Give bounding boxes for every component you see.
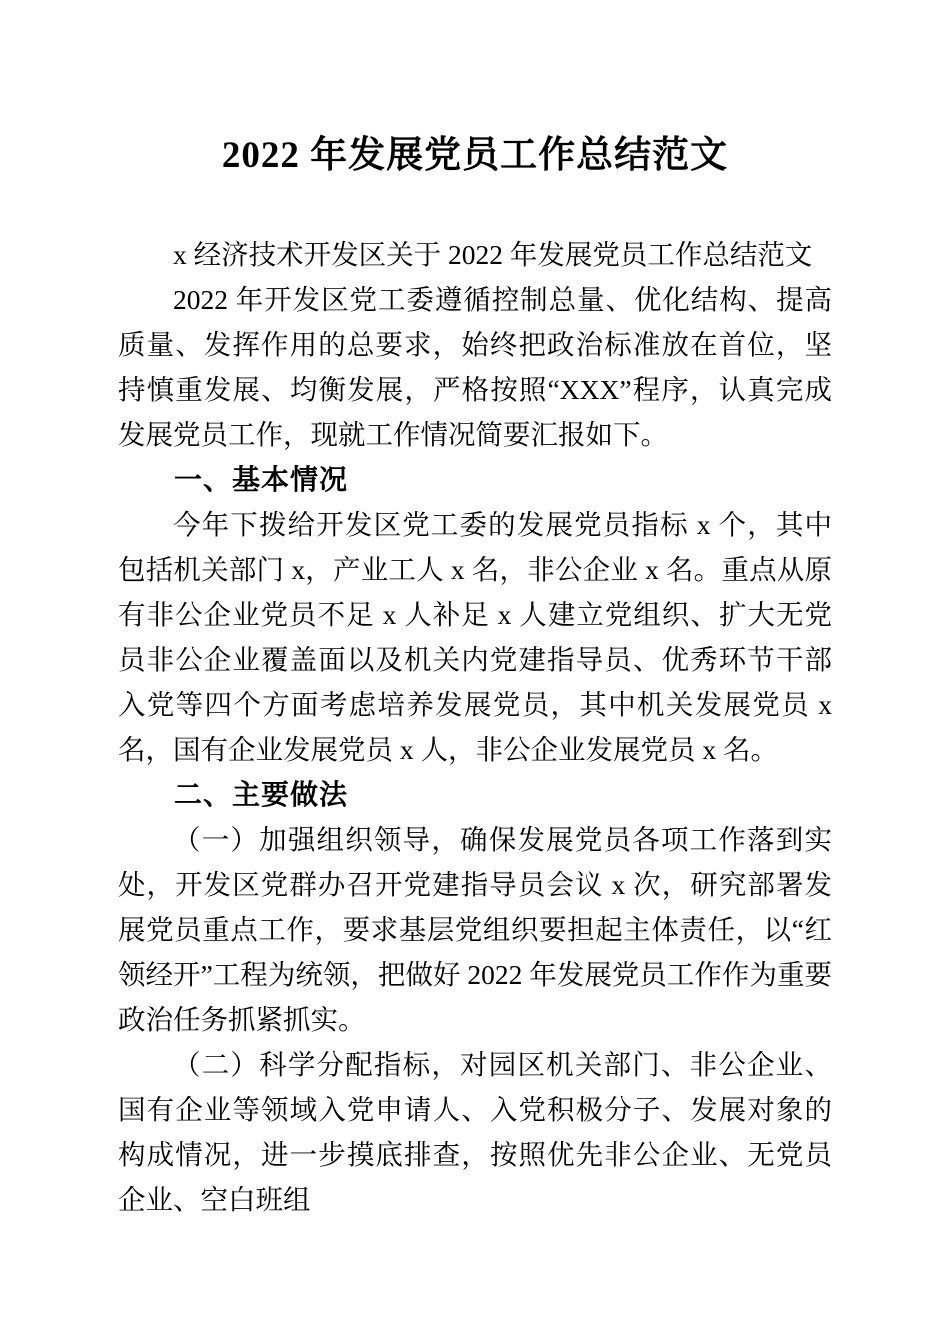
document-title: 2022 年发展党员工作总结范文 [118,0,832,185]
paragraph-subtitle-line: x 经济技术开发区关于 2022 年发展党员工作总结范文 [118,232,832,277]
document-page: 2022 年发展党员工作总结范文 x 经济技术开发区关于 2022 年发展党员工… [0,0,950,1344]
paragraph-basic-situation: 今年下拨给开发区党工委的发展党员指标 x 个，其中包括机关部门 x，产业工人 x… [118,502,832,772]
section-heading-main-practices: 二、主要做法 [118,772,832,817]
section-heading-basic-situation: 一、基本情况 [118,457,832,502]
paragraph-practice-1: （一）加强组织领导，确保发展党员各项工作落到实处，开发区党群办召开党建指导员会议… [118,817,832,1042]
paragraph-practice-2: （二）科学分配指标，对园区机关部门、非公企业、国有企业等领域入党申请人、入党积极… [118,1042,832,1222]
paragraph-overview: 2022 年开发区党工委遵循控制总量、优化结构、提高质量、发挥作用的总要求，始终… [118,277,832,457]
